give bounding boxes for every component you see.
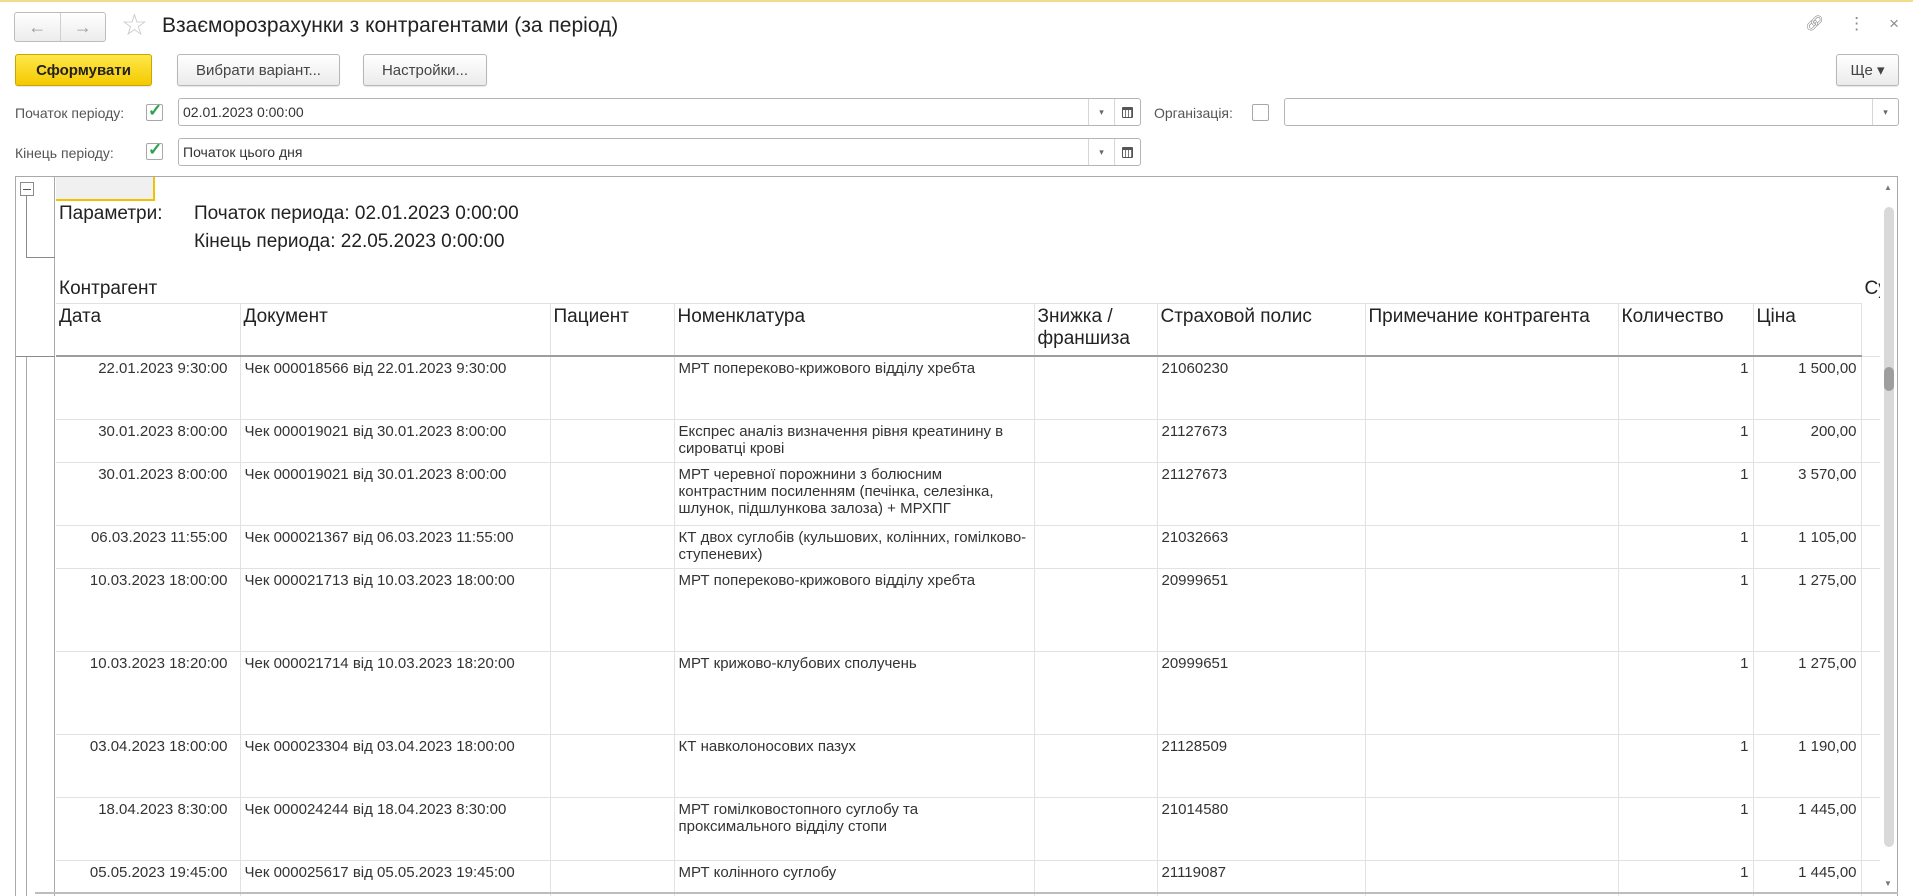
row-quantity[interactable]: 1 — [1618, 568, 1753, 651]
column-header-patient: Пациент — [550, 303, 674, 356]
row-price[interactable]: 1 105,00 — [1753, 525, 1861, 568]
row-item[interactable]: КТ двох суглобів (кульшових, колінних, г… — [674, 525, 1034, 568]
row-quantity[interactable]: 1 — [1618, 734, 1753, 797]
row-date[interactable]: 30.01.2023 8:00:00 — [56, 419, 240, 462]
scrollbar-track[interactable] — [1884, 207, 1894, 847]
table-row[interactable]: 10.03.2023 18:00:00Чек 000021713 від 10.… — [56, 568, 1891, 651]
column-header-discount: Знижка / франшиза — [1034, 303, 1157, 356]
row-item[interactable]: Експрес аналіз визначення рівня креатини… — [674, 419, 1034, 462]
row-policy[interactable]: 21032663 — [1157, 525, 1365, 568]
column-header-policy: Страховой полис — [1157, 303, 1365, 356]
row-quantity[interactable]: 1 — [1618, 462, 1753, 525]
row-patient[interactable] — [550, 651, 674, 734]
row-policy[interactable]: 20999651 — [1157, 568, 1365, 651]
forward-button[interactable]: → — [60, 13, 106, 41]
table-row[interactable]: 22.01.2023 9:30:00Чек 000018566 від 22.0… — [56, 356, 1891, 419]
report-spreadsheet[interactable]: Параметри: Початок периода: 02.01.2023 0… — [15, 176, 1898, 896]
calendar-icon — [1122, 147, 1133, 158]
column-header-price: Ціна — [1753, 303, 1861, 356]
period-end-label: Кінець періоду: — [15, 145, 114, 161]
row-discount[interactable] — [1034, 419, 1157, 462]
table-row[interactable]: 05.05.2023 19:45:00Чек 000025617 від 05.… — [56, 860, 1891, 896]
period-end-value[interactable]: Початок цього дня — [179, 144, 1088, 160]
row-discount[interactable] — [1034, 860, 1157, 896]
row-discount[interactable] — [1034, 568, 1157, 651]
row-discount[interactable] — [1034, 356, 1157, 419]
window-controls: 🔗︎ ⋮ × — [1805, 14, 1899, 34]
row-price[interactable]: 1 275,00 — [1753, 651, 1861, 734]
tree-line — [26, 196, 27, 258]
period-start-value[interactable]: 02.01.2023 0:00:00 — [179, 104, 1088, 120]
row-note[interactable] — [1365, 734, 1618, 797]
row-policy[interactable]: 21014580 — [1157, 797, 1365, 860]
row-price[interactable]: 1 190,00 — [1753, 734, 1861, 797]
row-policy[interactable]: 21060230 — [1157, 356, 1365, 419]
row-quantity[interactable]: 1 — [1618, 419, 1753, 462]
row-date[interactable]: 10.03.2023 18:20:00 — [56, 651, 240, 734]
row-quantity[interactable]: 1 — [1618, 797, 1753, 860]
more-button[interactable]: Ще ▾ — [1836, 54, 1899, 86]
back-button[interactable]: ← — [15, 13, 60, 41]
row-patient[interactable] — [550, 860, 674, 896]
row-patient[interactable] — [550, 356, 674, 419]
table-row[interactable]: 18.04.2023 8:30:00Чек 000024244 від 18.0… — [56, 797, 1891, 860]
row-note[interactable] — [1365, 568, 1618, 651]
row-patient[interactable] — [550, 419, 674, 462]
organization-label: Організація: — [1154, 105, 1233, 121]
favorite-star-icon[interactable]: ☆ — [121, 11, 148, 41]
row-date[interactable]: 03.04.2023 18:00:00 — [56, 734, 240, 797]
column-header-quantity: Количество — [1618, 303, 1753, 356]
row-price[interactable]: 1 445,00 — [1753, 860, 1861, 896]
tree-line — [26, 257, 55, 258]
row-note[interactable] — [1365, 860, 1618, 896]
row-date[interactable]: 22.01.2023 9:30:00 — [56, 356, 240, 419]
row-note[interactable] — [1365, 525, 1618, 568]
row-patient[interactable] — [550, 462, 674, 525]
row-policy[interactable]: 20999651 — [1157, 651, 1365, 734]
period-start-field[interactable]: 02.01.2023 0:00:00 ▾ — [178, 98, 1141, 126]
generate-button[interactable]: Сформувати — [15, 54, 152, 86]
row-policy[interactable]: 21127673 — [1157, 462, 1365, 525]
report-bottom-border — [35, 892, 1898, 894]
period-end-checkbox[interactable] — [146, 143, 163, 160]
period-start-checkbox[interactable] — [146, 104, 163, 121]
row-date[interactable]: 10.03.2023 18:00:00 — [56, 568, 240, 651]
column-header-date: Дата — [56, 303, 240, 356]
row-document[interactable]: Чек 000024244 від 18.04.2023 8:30:00 — [240, 797, 550, 860]
table-row[interactable]: 30.01.2023 8:00:00Чек 000019021 від 30.0… — [56, 419, 1891, 462]
params-period-start: Початок периода: 02.01.2023 0:00:00 — [194, 203, 519, 225]
dropdown-arrow-icon[interactable]: ▾ — [1088, 99, 1114, 125]
row-policy[interactable]: 21119087 — [1157, 860, 1365, 896]
navigation-buttons: ← → — [14, 12, 106, 42]
row-item[interactable]: МРТ попереково-крижового відділу хребта — [674, 568, 1034, 651]
selected-cell[interactable] — [56, 177, 155, 201]
table-row[interactable]: 06.03.2023 11:55:00Чек 000021367 від 06.… — [56, 525, 1891, 568]
row-document[interactable]: Чек 000018566 від 22.01.2023 9:30:00 — [240, 356, 550, 419]
vertical-scrollbar[interactable]: ▲ ▼ — [1880, 177, 1897, 896]
row-note[interactable] — [1365, 419, 1618, 462]
calendar-button[interactable] — [1114, 99, 1140, 125]
params-period-end: Кінець периода: 22.05.2023 0:00:00 — [194, 231, 505, 253]
collapse-group-icon[interactable] — [20, 182, 34, 196]
row-patient[interactable] — [550, 525, 674, 568]
settings-button[interactable]: Настройки... — [363, 54, 487, 86]
row-price[interactable]: 1 445,00 — [1753, 797, 1861, 860]
gutter-divider — [16, 356, 55, 357]
organization-field[interactable]: ▾ — [1284, 98, 1899, 126]
row-item[interactable]: МРТ попереково-крижового відділу хребта — [674, 356, 1034, 419]
row-patient[interactable] — [550, 734, 674, 797]
row-price[interactable]: 1 500,00 — [1753, 356, 1861, 419]
arrow-right-icon: → — [74, 17, 92, 38]
row-price[interactable]: 1 275,00 — [1753, 568, 1861, 651]
row-date[interactable]: 05.05.2023 19:45:00 — [56, 860, 240, 896]
params-label: Параметри: — [59, 203, 163, 225]
row-policy[interactable]: 21127673 — [1157, 419, 1365, 462]
dropdown-arrow-icon[interactable]: ▾ — [1088, 139, 1114, 165]
row-discount[interactable] — [1034, 797, 1157, 860]
more-menu-icon[interactable]: ⋮ — [1848, 14, 1865, 34]
row-price[interactable]: 200,00 — [1753, 419, 1861, 462]
row-policy[interactable]: 21128509 — [1157, 734, 1365, 797]
row-document[interactable]: Чек 000023304 від 03.04.2023 18:00:00 — [240, 734, 550, 797]
column-header-note: Примечание контрагента — [1365, 303, 1618, 356]
row-item[interactable]: КТ навколоносових пазух — [674, 734, 1034, 797]
calendar-button[interactable] — [1114, 139, 1140, 165]
row-discount[interactable] — [1034, 525, 1157, 568]
organization-checkbox[interactable] — [1252, 104, 1269, 121]
row-date[interactable]: 06.03.2023 11:55:00 — [56, 525, 240, 568]
row-note[interactable] — [1365, 356, 1618, 419]
scroll-down-icon[interactable]: ▼ — [1884, 879, 1892, 888]
row-document[interactable]: Чек 000019021 від 30.01.2023 8:00:00 — [240, 419, 550, 462]
row-document[interactable]: Чек 000025617 від 05.05.2023 19:45:00 — [240, 860, 550, 896]
calendar-icon — [1122, 107, 1133, 118]
row-discount[interactable] — [1034, 651, 1157, 734]
period-start-label: Початок періоду: — [15, 105, 124, 121]
row-quantity[interactable]: 1 — [1618, 860, 1753, 896]
period-end-field[interactable]: Початок цього дня ▾ — [178, 138, 1141, 166]
row-quantity[interactable]: 1 — [1618, 525, 1753, 568]
row-quantity[interactable]: 1 — [1618, 651, 1753, 734]
row-document[interactable]: Чек 000021367 від 06.03.2023 11:55:00 — [240, 525, 550, 568]
row-patient[interactable] — [550, 797, 674, 860]
report-table: Контрагент Су Дата Документ Пациент Номе… — [56, 276, 1891, 896]
scroll-up-icon[interactable]: ▲ — [1884, 183, 1892, 192]
column-header-item: Номенклатура — [674, 303, 1034, 356]
row-item[interactable]: МРТ крижово-клубових сполучень — [674, 651, 1034, 734]
dropdown-arrow-icon[interactable]: ▾ — [1872, 99, 1898, 125]
row-note[interactable] — [1365, 651, 1618, 734]
row-note[interactable] — [1365, 462, 1618, 525]
grouping-gutter — [16, 177, 55, 896]
page-title: Взаєморозрахунки з контрагентами (за пер… — [162, 14, 618, 38]
group-header-row: Контрагент Су — [56, 276, 1891, 303]
window-top-border — [0, 0, 1913, 2]
row-document[interactable]: Чек 000019021 від 30.01.2023 8:00:00 — [240, 462, 550, 525]
arrow-left-icon: ← — [28, 17, 46, 38]
column-header-document: Документ — [240, 303, 550, 356]
row-patient[interactable] — [550, 568, 674, 651]
row-date[interactable]: 30.01.2023 8:00:00 — [56, 462, 240, 525]
table-row[interactable]: 10.03.2023 18:20:00Чек 000021714 від 10.… — [56, 651, 1891, 734]
row-document[interactable]: Чек 000021713 від 10.03.2023 18:00:00 — [240, 568, 550, 651]
row-quantity[interactable]: 1 — [1618, 356, 1753, 419]
scrollbar-thumb[interactable] — [1884, 367, 1894, 391]
row-document[interactable]: Чек 000021714 від 10.03.2023 18:20:00 — [240, 651, 550, 734]
link-icon[interactable]: 🔗︎ — [1805, 14, 1824, 34]
close-icon[interactable]: × — [1889, 14, 1899, 34]
column-header-row: Дата Документ Пациент Номенклатура Знижк… — [56, 303, 1891, 356]
row-date[interactable]: 18.04.2023 8:30:00 — [56, 797, 240, 860]
choose-variant-button[interactable]: Вибрати варіант... — [177, 54, 340, 86]
tree-line — [26, 357, 27, 896]
row-item[interactable]: МРТ гомілковостопного суглобу та проксим… — [674, 797, 1034, 860]
row-discount[interactable] — [1034, 462, 1157, 525]
row-item[interactable]: МРТ черевної порожнини з болюсним контра… — [674, 462, 1034, 525]
table-row[interactable]: 30.01.2023 8:00:00Чек 000019021 від 30.0… — [56, 462, 1891, 525]
row-price[interactable]: 3 570,00 — [1753, 462, 1861, 525]
row-item[interactable]: МРТ колінного суглобу — [674, 860, 1034, 896]
row-note[interactable] — [1365, 797, 1618, 860]
table-row[interactable]: 03.04.2023 18:00:00Чек 000023304 від 03.… — [56, 734, 1891, 797]
row-discount[interactable] — [1034, 734, 1157, 797]
group-header-counterparty: Контрагент — [56, 276, 1861, 303]
